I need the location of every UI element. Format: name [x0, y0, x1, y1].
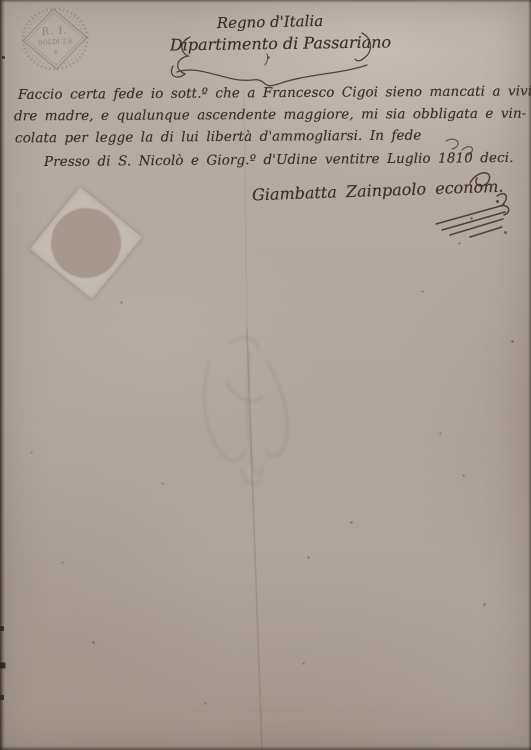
manuscript-page: R. I. SOLDI 2.6 ❀ Regno d'Italia Diparti…	[0, 0, 531, 750]
revenue-stamp: R. I. SOLDI 2.6 ❀	[17, 3, 92, 75]
ink-specks	[0, 0, 1, 1]
stamp-value: SOLDI 2.6	[38, 37, 73, 47]
signature: Giambatta Zainpaolo econom.	[252, 177, 504, 205]
underline-flourish-icon	[177, 65, 367, 86]
stamp-initials: R. I.	[41, 25, 68, 37]
header-department: Dipartimento di Passariano	[168, 32, 393, 54]
body-line-2: dre madre, e qualunque ascendente maggio…	[14, 106, 526, 125]
stamp-ornament: ❀	[53, 49, 58, 56]
page-edge-top	[0, 0, 531, 3]
seal-paper	[30, 187, 143, 300]
body-line-1: Faccio certa fede io sott.º che a France…	[18, 83, 531, 103]
left-brace-tail-icon	[171, 66, 185, 77]
body-line-4: Presso di S. Nicolò e Giorg.º d'Udine ve…	[44, 150, 514, 170]
page-edge-left	[0, 0, 5, 750]
body-line-3: colata per legge la di lui libertà d'amm…	[15, 128, 422, 147]
header-kingdom: Regno d'Italia	[190, 11, 350, 32]
page-edge-bottom	[0, 746, 531, 750]
bleedthrough-ghost	[204, 338, 287, 484]
seal-impression-icon	[37, 194, 135, 292]
